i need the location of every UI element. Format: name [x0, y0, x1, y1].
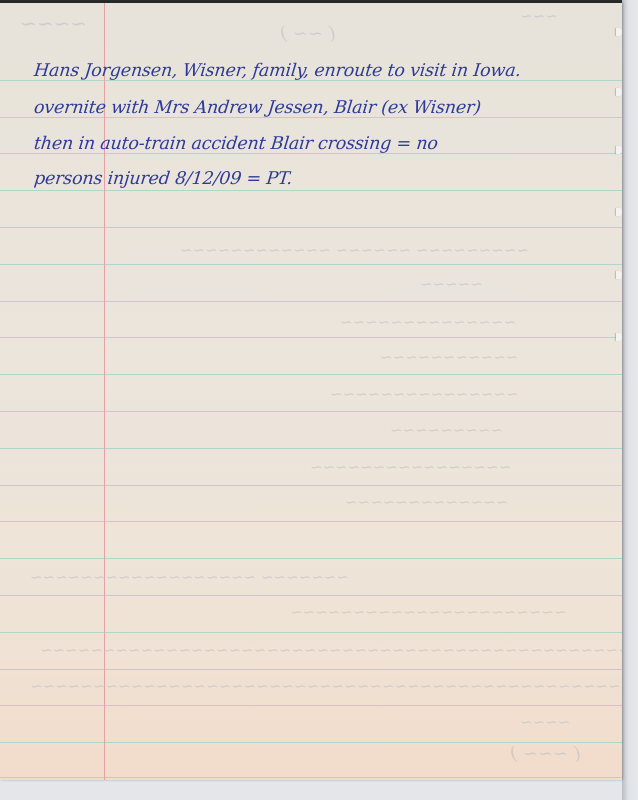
bleed-through-mark: ( ~~ ) [280, 23, 336, 44]
ruled-line [0, 632, 622, 633]
bleed-through-mark: ~~~~~~~~~~~~~~~~ [310, 458, 511, 476]
bleed-through-mark: ~~~~~~~~~~~~~~~~~~~~~~~~~~~~~~~~~~~~~~~~… [30, 677, 622, 695]
ruled-line [0, 411, 622, 412]
handwritten-line-4: persons injured 8/12/09 = PT. [33, 169, 293, 189]
ruled-line [0, 227, 622, 228]
bleed-through-mark: ~~~~~~~~~~~~~~~~~~~~~~~~~~~~~~~~~~~~~~~~… [40, 641, 622, 659]
bleed-through-mark: ~~~~~~~ ~~~~~~~~~~~~~~~~~~ [30, 568, 349, 586]
ruled-line [0, 558, 622, 559]
ruled-line [0, 777, 622, 778]
ruled-line [0, 264, 622, 265]
notebook-page: ~~~~ ( ~~ ) ~~~ ~~~~~~~~~ ~~~~~~ ~~~~~~~… [0, 3, 622, 780]
page-edge-tear [616, 146, 622, 154]
margin-line [104, 3, 105, 780]
bleed-through-mark: ~~~~~~~~~~~~~~ [340, 313, 516, 331]
bleed-through-mark: ~~~~~~~~~ ~~~~~~ ~~~~~~~~~~~~ [180, 241, 529, 259]
bleed-through-mark: ~~~~~~~~~~~ [380, 348, 518, 366]
ruled-line [0, 485, 622, 486]
bleed-through-mark: ( ~~~ ) [510, 743, 581, 764]
ruled-line [0, 595, 622, 596]
page-edge-tear [616, 271, 622, 279]
bleed-through-mark: ~~~~~~~~~~~~~ [345, 493, 508, 511]
ruled-line [0, 705, 622, 706]
bleed-through-mark: ~~~~ [20, 11, 87, 35]
bleed-through-mark: ~~~~~~~~~ [390, 421, 503, 439]
handwritten-line-1: Hans Jorgensen, Wisner, family, enroute … [33, 61, 522, 81]
scan-background [622, 0, 638, 800]
page-edge-tear [616, 208, 622, 216]
bleed-through-mark: ~~~ [520, 7, 558, 25]
handwritten-line-2: overnite with Mrs Andrew Jessen, Blair (… [33, 98, 482, 118]
handwritten-line-3: then in auto-train accident Blair crossi… [33, 134, 439, 154]
ruled-line [0, 337, 622, 338]
ruled-line [0, 669, 622, 670]
ruled-line [0, 190, 622, 191]
ruled-line [0, 521, 622, 522]
ruled-line [0, 374, 622, 375]
bleed-through-mark: ~~~~ [520, 713, 570, 731]
bleed-through-mark: ~~~~~~~~~~~~~~~ [330, 385, 519, 403]
ruled-line [0, 448, 622, 449]
bleed-through-mark: ~~~~~ [420, 275, 483, 293]
page-edge-tear [616, 333, 622, 341]
page-edge-tear [616, 28, 622, 36]
ruled-line [0, 301, 622, 302]
bleed-through-mark: ~~~~~~~~~~~~~~~~~~~~~~ [290, 603, 567, 621]
page-edge-tear [616, 88, 622, 96]
